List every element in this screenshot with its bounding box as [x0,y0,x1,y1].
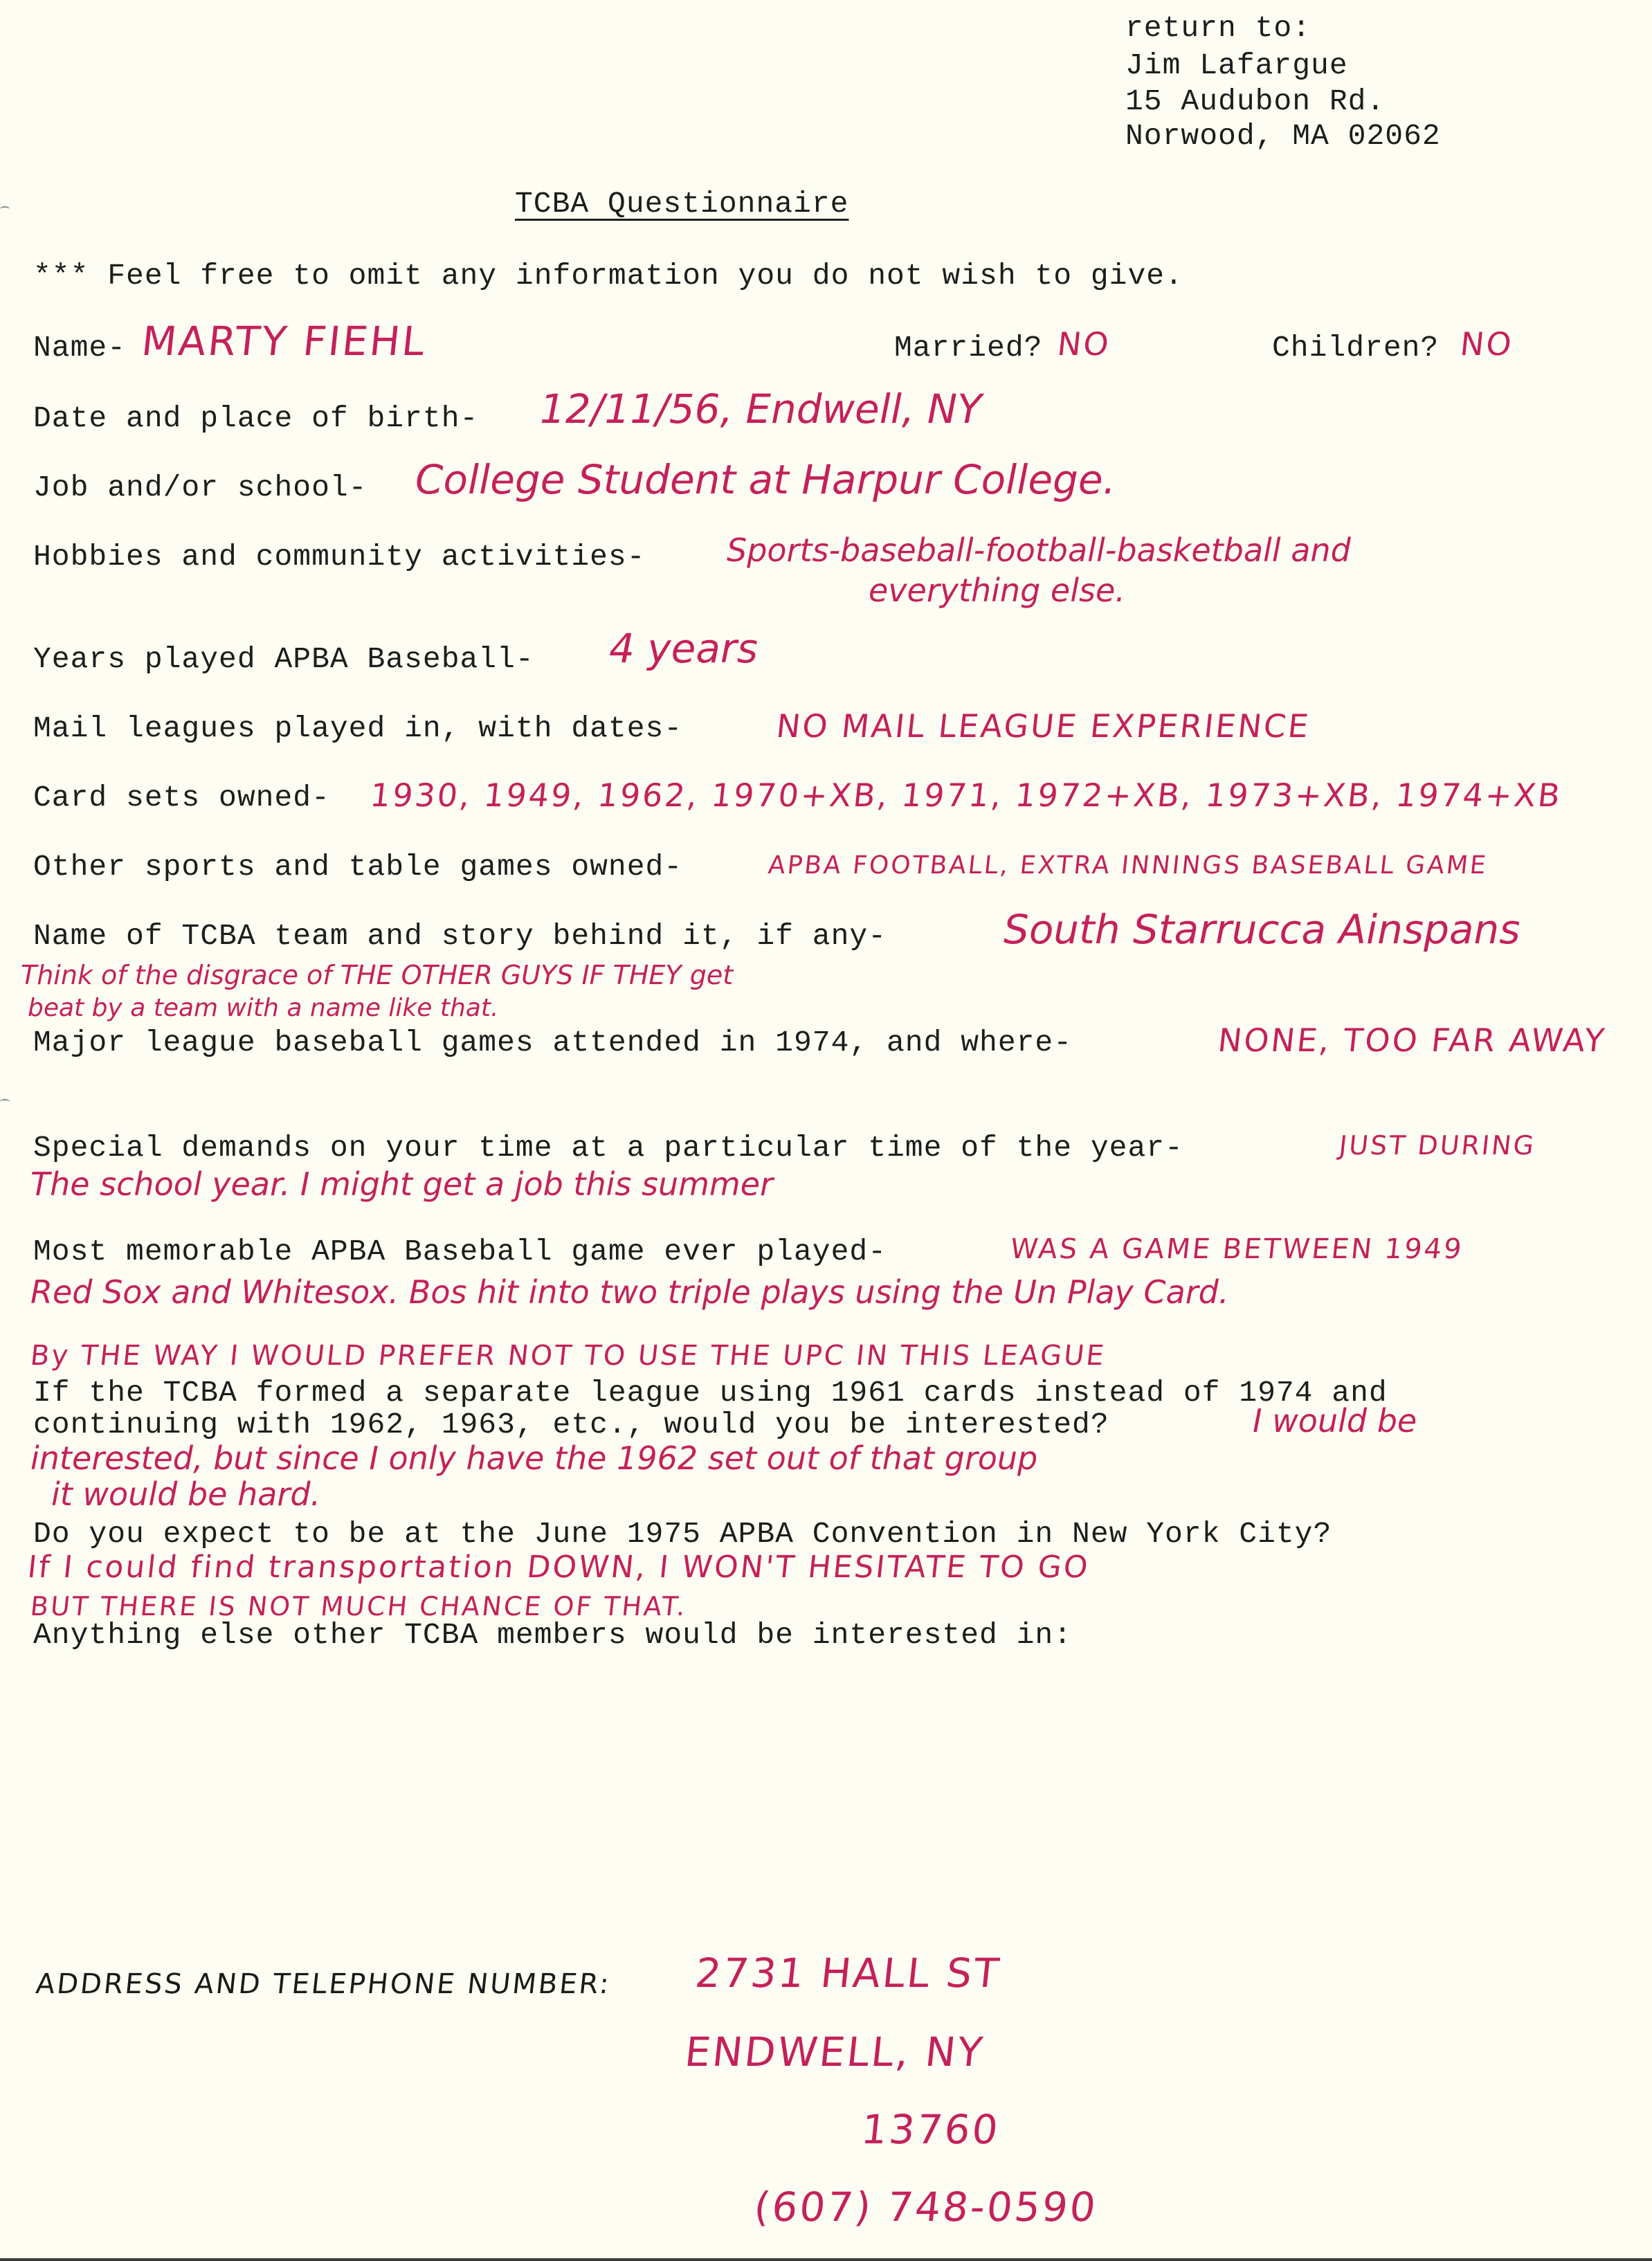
convention-label: Do you expect to be at the June 1975 APB… [33,1518,1332,1550]
anything-else-label: Anything else other TCBA members would b… [33,1619,1072,1651]
return-street: 15 Audubon Rd. [1125,86,1385,118]
separate-league-value-line3: it would be hard. [51,1477,320,1511]
job-label: Job and/or school- [33,472,367,504]
name-value: MARTY FIEHL [140,324,428,358]
years-value: 4 years [609,631,758,666]
demands-value-line1: JUST DURING [1337,1128,1537,1163]
separate-league-label-line2: continuing with 1962, 1963, etc., would … [33,1409,1109,1441]
other-games-label: Other sports and table games owned- [33,851,682,883]
memorable-value-line1: WAS A GAME BETWEEN 1949 [1008,1232,1465,1266]
address-phone: (607) 748-0590 [752,2190,1099,2224]
memorable-value-line2: Red Sox and Whitesox. Bos hit into two t… [30,1275,1228,1309]
children-value: NO [1458,327,1515,361]
mail-leagues-label: Mail leagues played in, with dates- [33,713,682,745]
address-label: ADDRESS AND TELEPHONE NUMBER: [34,1967,612,2001]
birth-label: Date and place of birth- [33,403,478,435]
name-label: Name- [33,332,126,364]
return-city: Norwood, MA 02062 [1125,120,1441,152]
page-title: TCBA Questionnaire [515,188,848,220]
demands-label: Special demands on your time at a partic… [33,1132,1183,1164]
separate-league-label-line1: If the TCBA formed a separate league usi… [33,1377,1388,1409]
job-value: College Student at Harpur College. [415,462,1116,497]
convention-value-line1: If I could find transportation DOWN, I W… [26,1550,1091,1585]
margin-mark [0,1099,10,1105]
team-value: South Starrucca Ainspans [1004,912,1520,947]
team-story-line2: beat by a team with a name like that. [28,991,498,1026]
separate-league-value-line1: I would be [1253,1404,1417,1438]
other-games-value: APBA FOOTBALL, EXTRA INNINGS BASEBALL GA… [766,848,1489,883]
demands-value-line2: The school year. I might get a job this … [30,1167,773,1201]
birth-value: 12/11/56, Endwell, NY [540,392,982,426]
address-zip: 13760 [860,2112,1001,2147]
hobbies-value-line1: Sports-baseball-football-basketball and [727,533,1351,567]
years-label: Years played APBA Baseball- [33,644,534,675]
address-line2: ENDWELL, NY [683,2035,986,2069]
card-sets-value: 1930, 1949, 1962, 1970+XB, 1971, 1972+XB… [368,778,1563,812]
hobbies-label: Hobbies and community activities- [33,541,646,573]
return-label: return to: [1125,12,1311,44]
mlb-games-label: Major league baseball games attended in … [33,1027,1072,1059]
married-value: NO [1055,327,1112,361]
memorable-label: Most memorable APBA Baseball game ever p… [33,1236,887,1268]
hobbies-value-line2: everything else. [869,573,1125,608]
return-name: Jim Lafargue [1125,50,1348,82]
margin-mark [0,206,10,212]
card-sets-label: Card sets owned- [33,782,330,814]
intro-note: *** Feel free to omit any information yo… [33,260,1183,292]
children-label: Children? [1272,332,1439,364]
address-line1: 2731 HALL ST [693,1956,1002,1990]
separate-league-value-line2: interested, but since I only have the 19… [30,1441,1037,1475]
mlb-games-value: NONE, TOO FAR AWAY [1216,1023,1608,1057]
mail-leagues-value: NO MAIL LEAGUE EXPERIENCE [774,709,1311,743]
team-label: Name of TCBA team and story behind it, i… [33,920,887,952]
memorable-value-line3: By THE WAY I WOULD PREFER NOT TO USE THE… [28,1338,1107,1373]
married-label: Married? [894,332,1042,364]
page-edge [0,2258,1652,2261]
team-story-line1: Think of the disgrace of THE OTHER GUYS … [21,958,733,992]
